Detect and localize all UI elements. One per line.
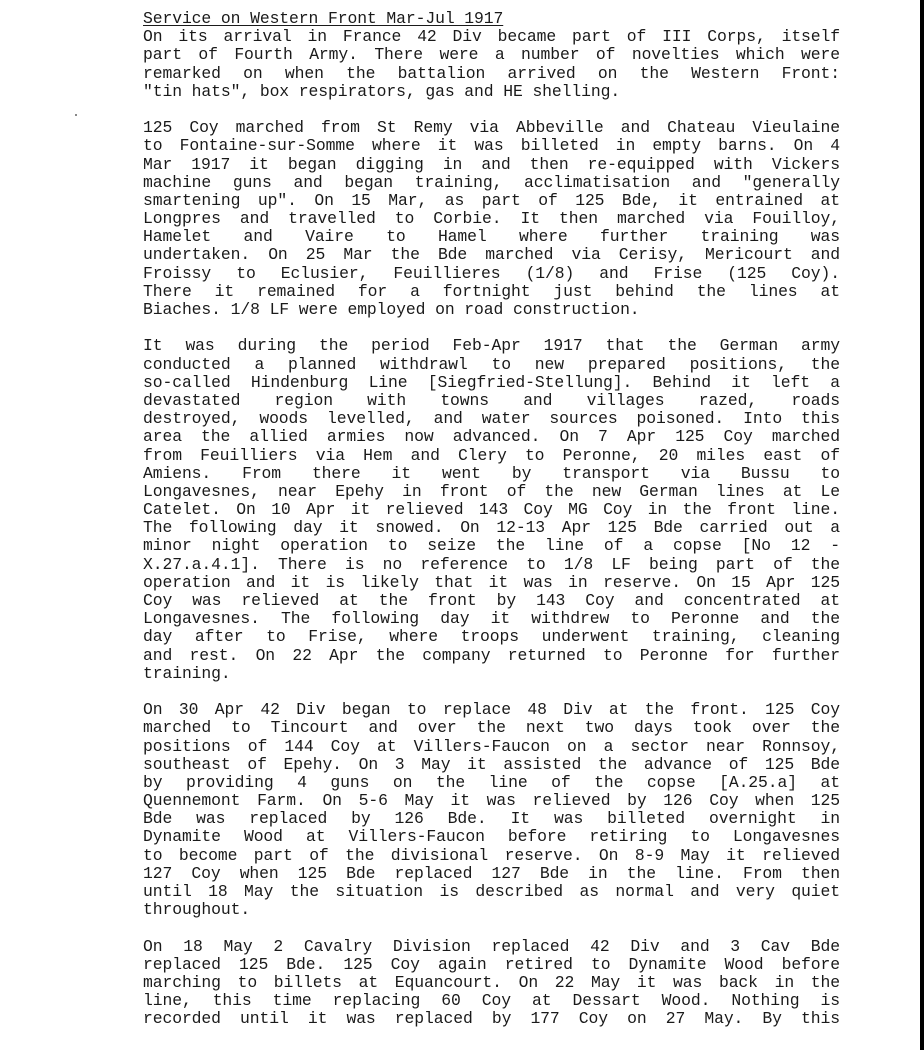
text-line: to Fontaine-sur-Somme where it was bille… — [143, 137, 840, 155]
section-title-row: Service on Western Front Mar-Jul 1917 — [143, 10, 840, 28]
text-line: Catelet. On 10 Apr it relieved 143 Coy M… — [143, 501, 840, 519]
scan-speck — [75, 114, 77, 116]
text-line: Coy was relieved at the front by 143 Coy… — [143, 592, 840, 610]
text-line: Longpres and travelled to Corbie. It the… — [143, 210, 840, 228]
text-line: destroyed, woods levelled, and water sou… — [143, 410, 840, 428]
text-line: positions of 144 Coy at Villers-Faucon o… — [143, 738, 840, 756]
text-line: Biaches. 1/8 LF were employed on road co… — [143, 301, 840, 319]
text-line: undertaken. On 25 Mar the Bde marched vi… — [143, 246, 840, 264]
text-line: Quennemont Farm. On 5-6 May it was relie… — [143, 792, 840, 810]
text-line: Froissy to Eclusier, Feuillieres (1/8) a… — [143, 265, 840, 283]
text-line: part of Fourth Army. There were a number… — [143, 46, 840, 64]
text-line: from Feuilliers via Hem and Clery to Per… — [143, 447, 840, 465]
text-line: day after to Frise, where troops underwe… — [143, 628, 840, 646]
text-line: On 18 May 2 Cavalry Division replaced 42… — [143, 938, 840, 956]
text-line: It was during the period Feb-Apr 1917 th… — [143, 337, 840, 355]
text-line: On 30 Apr 42 Div began to replace 48 Div… — [143, 701, 840, 719]
paragraph-4: On 30 Apr 42 Div began to replace 48 Div… — [143, 701, 840, 919]
text-line: Hamelet and Vaire to Hamel where further… — [143, 228, 840, 246]
text-line: devastated region with towns and village… — [143, 392, 840, 410]
text-line: marched to Tincourt and over the next tw… — [143, 719, 840, 737]
text-line: marching to billets at Equancourt. On 22… — [143, 974, 840, 992]
text-line: line, this time replacing 60 Coy at Dess… — [143, 992, 840, 1010]
text-line: On its arrival in France 42 Div became p… — [143, 28, 840, 46]
text-line: 125 Coy marched from St Remy via Abbevil… — [143, 119, 840, 137]
paragraph-5: On 18 May 2 Cavalry Division replaced 42… — [143, 938, 840, 1029]
text-line: There it remained for a fortnight just b… — [143, 283, 840, 301]
text-line: operation and it is likely that it was i… — [143, 574, 840, 592]
text-line: The following day it snowed. On 12-13 Ap… — [143, 519, 840, 537]
text-line: by providing 4 guns on the line of the c… — [143, 774, 840, 792]
text-line: conducted a planned withdrawl to new pre… — [143, 356, 840, 374]
section-title: Service on Western Front Mar-Jul 1917 — [143, 10, 503, 28]
text-line: so-called Hindenburg Line [Siegfried-Ste… — [143, 374, 840, 392]
paragraph-1: On its arrival in France 42 Div became p… — [143, 28, 840, 101]
text-line: "tin hats", box respirators, gas and HE … — [143, 83, 840, 101]
text-line: and rest. On 22 Apr the company returned… — [143, 647, 840, 665]
text-line: southeast of Epehy. On 3 May it assisted… — [143, 756, 840, 774]
text-line: Dynamite Wood at Villers-Faucon before r… — [143, 828, 840, 846]
page-edge-shadow — [920, 0, 924, 1050]
text-line: Amiens. From there it went by transport … — [143, 465, 840, 483]
text-line: Bde was replaced by 126 Bde. It was bill… — [143, 810, 840, 828]
text-line: training. — [143, 665, 840, 683]
text-line: throughout. — [143, 901, 840, 919]
text-line: X.27.a.4.1]. There is no reference to 1/… — [143, 556, 840, 574]
text-line: minor night operation to seize the line … — [143, 537, 840, 555]
text-line: until 18 May the situation is described … — [143, 883, 840, 901]
text-line: Mar 1917 it began digging in and then re… — [143, 156, 840, 174]
paragraph-2: 125 Coy marched from St Remy via Abbevil… — [143, 119, 840, 319]
text-line: Longavesnes, near Epehy in front of the … — [143, 483, 840, 501]
document-page: Service on Western Front Mar-Jul 1917 On… — [143, 10, 840, 1047]
text-line: to become part of the divisional reserve… — [143, 847, 840, 865]
text-line: replaced 125 Bde. 125 Coy again retired … — [143, 956, 840, 974]
text-line: recorded until it was replaced by 177 Co… — [143, 1010, 840, 1028]
paragraph-3: It was during the period Feb-Apr 1917 th… — [143, 337, 840, 683]
text-line: Longavesnes. The following day it withdr… — [143, 610, 840, 628]
document-body: On its arrival in France 42 Div became p… — [143, 28, 840, 1028]
text-line: 127 Coy when 125 Bde replaced 127 Bde in… — [143, 865, 840, 883]
text-line: smartening up". On 15 Mar, as part of 12… — [143, 192, 840, 210]
text-line: machine guns and began training, acclima… — [143, 174, 840, 192]
text-line: area the allied armies now advanced. On … — [143, 428, 840, 446]
text-line: remarked on when the battalion arrived o… — [143, 65, 840, 83]
